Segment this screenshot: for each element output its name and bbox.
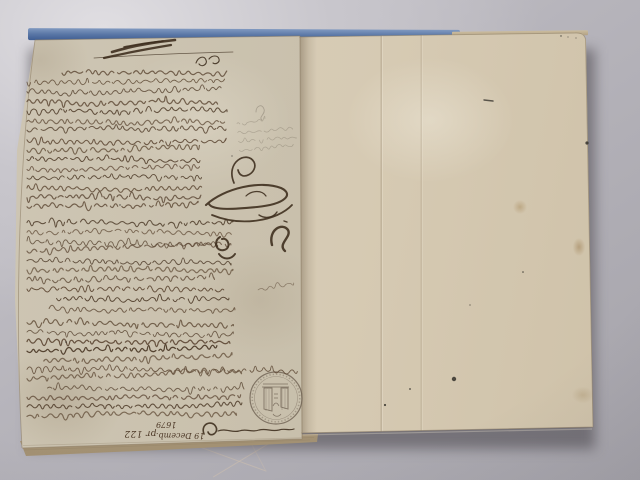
docket-year: 1679 <box>156 420 176 429</box>
photo-background: pr 122 19 Decemb. 1679 <box>0 0 640 480</box>
docket-date: 19 Decemb. <box>156 431 204 440</box>
fold-crease <box>420 33 423 433</box>
gutter-shadow <box>299 35 317 433</box>
docket-reference: pr 122 <box>124 428 157 438</box>
fold-crease <box>380 33 383 433</box>
